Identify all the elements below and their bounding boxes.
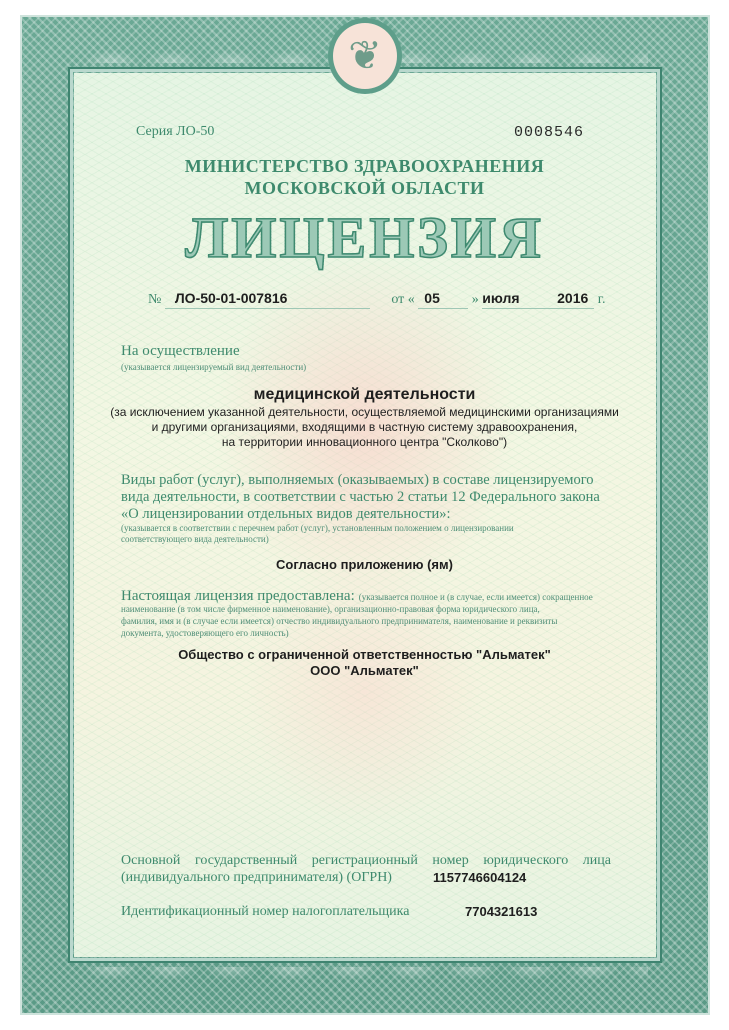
works-hint: (указывается в соответствии с перечнем р…: [121, 523, 609, 545]
activity-label: На осуществление: [121, 343, 240, 360]
works-value: Согласно приложению (ям): [0, 557, 729, 572]
license-month: июля: [482, 290, 519, 306]
license-number: ЛО-50-01-007816: [175, 290, 288, 306]
license-day: 05: [424, 290, 440, 306]
document-title: ЛИЦЕНЗИЯ: [0, 204, 729, 271]
licensee-hint-first: (указывается полное и (в случае, если им…: [359, 592, 593, 602]
ogrn-label-line1: Основной государственный регистрационный…: [121, 853, 611, 869]
year-suffix: г.: [598, 292, 606, 307]
activity-hint: (указывается лицензируемый вид деятельно…: [121, 362, 306, 372]
blank-number: 0008546: [514, 124, 584, 141]
ogrn-value: 1157746604124: [433, 870, 526, 885]
inn-value: 7704321613: [465, 904, 537, 919]
works-text: Виды работ (услуг), выполняемых (оказыва…: [121, 472, 600, 523]
number-sign: №: [148, 292, 161, 307]
works-hint-line: (указывается в соответствии с перечнем р…: [121, 523, 609, 534]
activity-note: (за исключением указанной деятельности, …: [0, 405, 729, 450]
licensee-hint-line: документа, удостоверяющего его личность): [121, 627, 611, 639]
ministry-name-line2: МОСКОВСКОЙ ОБЛАСТИ: [0, 178, 729, 199]
date-quote-close: »: [472, 292, 479, 307]
border-ornament-bottom: [82, 967, 648, 1007]
state-emblem-icon: ❦: [328, 18, 402, 94]
date-from-label: от «: [391, 292, 414, 307]
works-text-line: вида деятельности, в соответствии с част…: [121, 489, 600, 506]
ministry-name-line1: МИНИСТЕРСТВО ЗДРАВООХРАНЕНИЯ: [0, 156, 729, 177]
series-label: Серия ЛО-50: [136, 124, 214, 140]
licensee-hint-line: фамилия, имя и (в случае если имеется) о…: [121, 615, 611, 627]
licensee-full-name: Общество с ограниченной ответственностью…: [0, 647, 729, 662]
licensee-short-name: ООО "Альматек": [0, 663, 729, 678]
licensee-section: Настоящая лицензия предоставлена: (указы…: [121, 590, 611, 639]
activity-note-line: и другими организациями, входящими в час…: [0, 420, 729, 435]
license-year: 2016: [557, 290, 594, 306]
works-text-line: «О лицензировании отдельных видов деятел…: [121, 506, 600, 523]
license-number-row: № ЛО-50-01-007816 от « 05 » июля2016 г.: [148, 290, 605, 309]
ogrn-label-line2: (индивидуального предпринимателя) (ОГРН): [121, 870, 392, 886]
inn-label: Идентификационный номер налогоплательщик…: [121, 904, 409, 920]
works-hint-line: соответствующего вида деятельности): [121, 534, 609, 545]
licensee-hint-line: наименование (в том числе фирменное наим…: [121, 603, 611, 615]
licensee-label: Настоящая лицензия предоставлена:: [121, 588, 355, 604]
activity-note-line: на территории инновационного центра "Ско…: [0, 435, 729, 450]
activity-note-line: (за исключением указанной деятельности, …: [0, 405, 729, 420]
works-text-line: Виды работ (услуг), выполняемых (оказыва…: [121, 472, 600, 489]
activity-name: медицинской деятельности: [0, 386, 729, 404]
